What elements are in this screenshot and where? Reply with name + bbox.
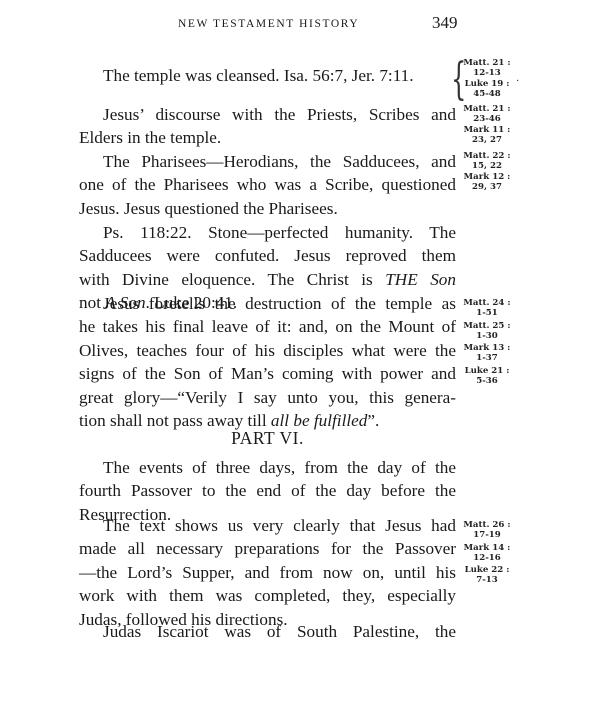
paragraph-line: Jesus. Jesus questioned the Pharisees. (79, 197, 456, 220)
paragraph-line: The Pharisees—Herodians, the Sadducees, … (103, 152, 456, 171)
marginal-note: Mark 13 : 1-37 (461, 343, 513, 364)
paragraph-line: with Divine eloquence. The Christ is (79, 270, 385, 289)
marginal-note: Mark 12 : 29, 37 (461, 172, 513, 193)
marginal-note: Matt. 26 : 17-19 (461, 520, 513, 541)
paragraph-pharisees: The Pharisees—Herodians, the Sadducees, … (79, 150, 456, 220)
paragraph-line: Olives, teaches four of his disciples wh… (79, 339, 456, 362)
paragraph-discourse: Jesus’ discourse with the Priests, Scrib… (79, 103, 456, 150)
paragraph-line: The events of three days, from the day o… (103, 458, 456, 477)
paragraph-foretells: Jesus foretells the destruction of the t… (79, 292, 456, 432)
paragraph-line: he takes his final leave of it: and, on … (79, 315, 456, 338)
marginal-note: Mark 11 : 23, 27 (461, 125, 513, 146)
paragraph-temple-cleansed: The temple was cleansed. Isa. 56:7, Jer.… (79, 64, 456, 87)
marginal-note: Matt. 25 : 1-30 (461, 321, 513, 342)
paragraph-line: Sadducees were confuted. Jesus reproved … (79, 244, 456, 267)
paragraph-line: —the Lord’s Supper, and from now on, unt… (79, 561, 456, 584)
italic-phrase: THE Son (385, 270, 456, 289)
marginal-note: Luke 21 : 5-36 (461, 366, 513, 387)
paragraph-line: Ps. 118:22. Stone—perfected humanity. Th… (103, 223, 456, 242)
paragraph-line: fourth Passover to the end of the day be… (79, 479, 456, 502)
paragraph-line: signs of the Son of Man’s coming with po… (79, 362, 456, 385)
page-number: 349 (432, 13, 458, 33)
marginal-note: Matt. 21 : 12-13 Luke 19 : 45-48 (461, 58, 513, 100)
paragraph-line: Elders in the temple. (79, 126, 456, 149)
running-head: NEW TESTAMENT HISTORY (178, 18, 359, 30)
paragraph-line: The temple was cleansed. Isa. 56:7, Jer.… (103, 66, 414, 85)
section-heading: PART VI. (0, 428, 535, 449)
marginal-note: Matt. 24 : 1-51 (461, 298, 513, 319)
marginal-note: Luke 22 : 7-13 (461, 565, 513, 586)
paragraph-preparations: The text shows us very clearly that Jesu… (79, 514, 456, 631)
paragraph-line: Jesus’ discourse with the Priests, Scrib… (103, 105, 456, 124)
paragraph-judas: Judas Iscariot was of South Palestine, t… (79, 620, 456, 643)
marginal-note: Matt. 22 : 15, 22 (461, 151, 513, 172)
paragraph-line: Judas Iscariot was of South Palestine, t… (103, 622, 456, 641)
dot-mark: · (516, 76, 519, 87)
paragraph-line: The text shows us very clearly that Jesu… (103, 516, 456, 535)
marginal-note: Mark 14 : 12-16 (461, 543, 513, 564)
paragraph-line: great glory—“Verily I say unto you, this… (79, 386, 456, 409)
paragraph-line: work with them was completed, they, espe… (79, 584, 456, 607)
paragraph-line: made all necessary preparations for the … (79, 537, 456, 560)
paragraph-line: one of the Pharisees who was a Scribe, q… (79, 173, 456, 196)
paragraph-line: Jesus foretells the destruction of the t… (103, 294, 456, 313)
book-page: NEW TESTAMENT HISTORY 349 The temple was… (0, 0, 600, 709)
marginal-note: Matt. 21 : 23-46 (461, 104, 513, 125)
